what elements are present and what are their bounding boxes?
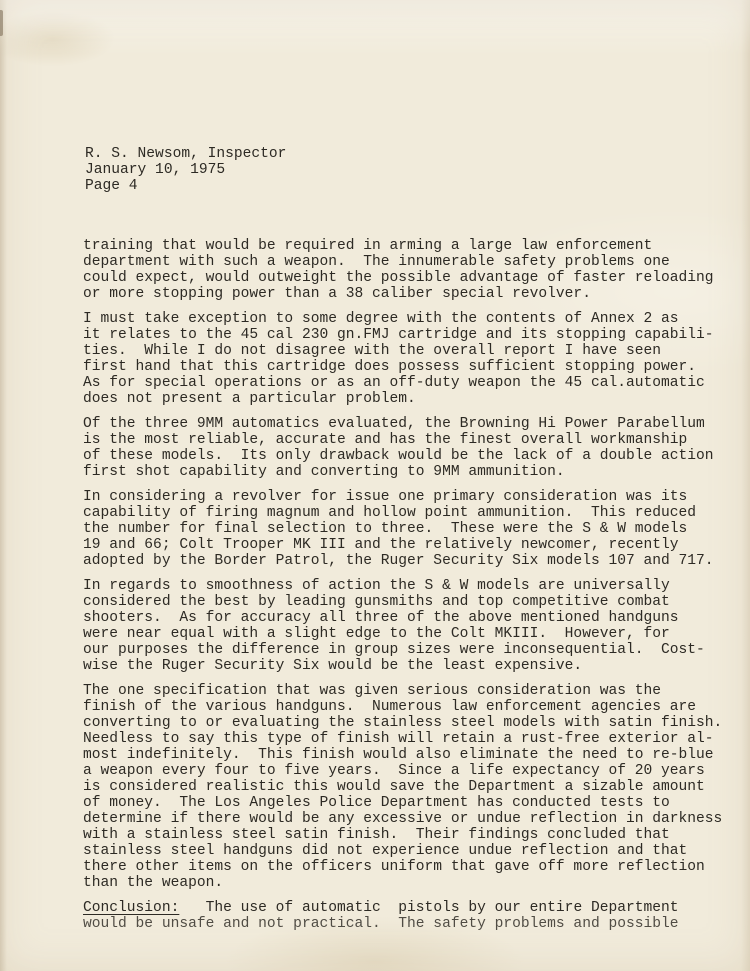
conclusion-label: Conclusion: [83, 900, 179, 916]
conclusion-paragraph: Conclusion: The use of automatic pistols… [83, 900, 740, 932]
paragraph-stainless-finish: The one specification that was given ser… [83, 683, 740, 891]
paragraph-revolver-selection: In considering a revolver for issue one … [83, 489, 740, 569]
paragraph-9mm-automatics: Of the three 9MM automatics evaluated, t… [83, 416, 740, 480]
paragraph-training: training that would be required in armin… [83, 238, 740, 302]
header-author: R. S. Newsom, Inspector [85, 146, 740, 162]
conclusion-text-line2: would be unsafe and not practical. The s… [83, 916, 679, 932]
conclusion-text-line1: The use of automatic pistols by our enti… [179, 900, 678, 916]
document-page: R. S. Newsom, Inspector January 10, 1975… [0, 0, 750, 971]
header-page-number: Page 4 [85, 178, 740, 194]
letter-content: R. S. Newsom, Inspector January 10, 1975… [83, 146, 740, 941]
paragraph-annex-exception: I must take exception to some degree wit… [83, 311, 740, 407]
letter-header: R. S. Newsom, Inspector January 10, 1975… [85, 146, 740, 194]
paragraph-smoothness-accuracy: In regards to smoothness of action the S… [83, 578, 740, 674]
header-date: January 10, 1975 [85, 162, 740, 178]
scan-edge-mark [0, 10, 3, 36]
